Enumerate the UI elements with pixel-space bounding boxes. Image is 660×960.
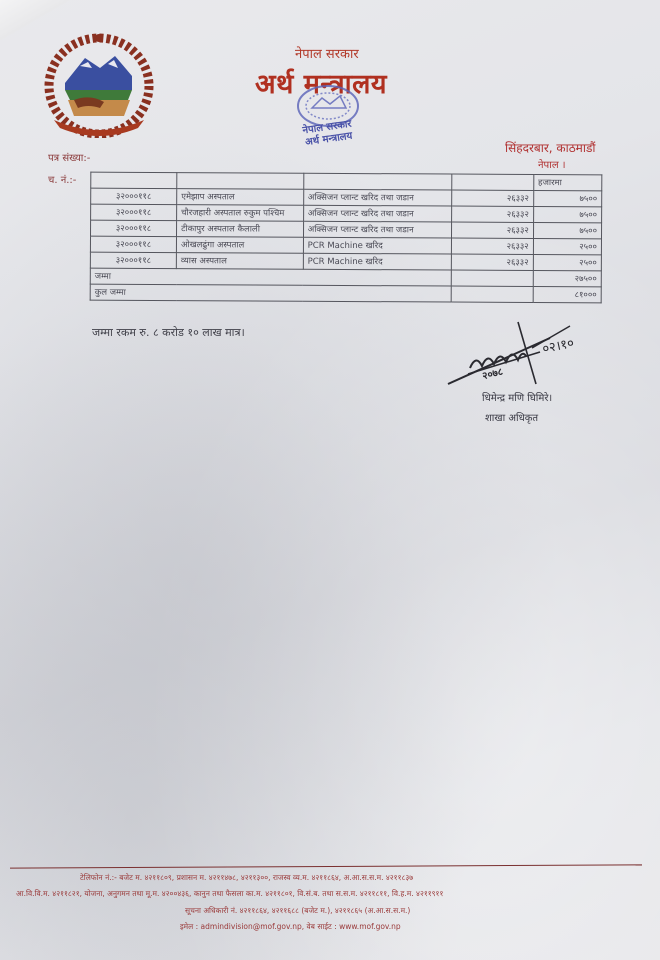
description-cell: PCR Machine खरिद [303, 253, 451, 270]
government-name: नेपाल सरकार [295, 44, 359, 62]
grand-total-amount: ८१००० [533, 286, 601, 302]
institution-cell: व्यास अस्पताल [176, 253, 303, 270]
nepal-emblem-icon [40, 28, 158, 138]
description-cell: अक्सिजन प्लान्ट खरिद तथा जडान [303, 189, 451, 206]
budget-code-cell: ३२०००११८ [91, 204, 177, 220]
budget-code-cell: ३२०००११८ [90, 252, 176, 268]
expense-code-cell: २६३३२ [451, 254, 533, 270]
amount-unit-header: हजारमा [534, 174, 602, 190]
dispatch-number-label: च. नं.:- [48, 172, 76, 186]
budget-code-cell: ३२०००११८ [90, 236, 176, 252]
description-cell: अक्सिजन प्लान्ट खरिद तथा जडान [303, 221, 451, 238]
empty-cell [451, 286, 533, 302]
signer-title: शाखा अधिकृत [485, 410, 538, 424]
footer-contact-line: इमेल : admindivision@mof.gov.np, वेब साई… [180, 922, 401, 932]
footer-phone-line-1: टेलिफोन नं.:- बजेट म. ४२११८०९, प्रशासन म… [80, 873, 413, 883]
expense-code-cell: २६३३२ [452, 206, 534, 222]
grand-total-label: कुल जम्मा [90, 284, 451, 302]
amount-cell: ७५०० [533, 190, 601, 206]
amount-cell: २५०० [533, 238, 601, 254]
budget-code-cell: ३२०००११८ [91, 188, 177, 204]
grand-total-row: कुल जम्मा८१००० [90, 284, 601, 303]
empty-cell [451, 270, 533, 286]
budget-allocation-table: हजारमा ३२०००११८एमेझाप अस्पतालअक्सिजन प्ल… [90, 172, 603, 304]
signature-icon [440, 318, 590, 393]
address-line-2: नेपाल । [538, 157, 566, 171]
expense-code-cell: २६३३२ [452, 190, 534, 206]
institution-cell: चौरजहारी अस्पताल रुकुम पश्चिम [177, 205, 304, 222]
institution-cell: टीकापुर अस्पताल कैलाली [177, 221, 304, 238]
footer-divider [10, 864, 642, 868]
institution-cell: ओखलढुंगा अस्पताल [176, 237, 303, 254]
amount-cell: ७५०० [533, 222, 601, 238]
subtotal-label: जम्मा [90, 268, 451, 286]
amount-cell: ७५०० [533, 206, 601, 222]
address-line-1: सिंहदरबार, काठमाडौं [505, 139, 595, 156]
subtotal-amount: २७५०० [533, 270, 601, 286]
expense-code-cell: २६३३२ [451, 222, 533, 238]
description-cell: अक्सिजन प्लान्ट खरिद तथा जडान [303, 205, 451, 222]
description-cell: PCR Machine खरिद [303, 237, 451, 254]
expense-code-cell: २६३३२ [451, 238, 533, 254]
letter-number-label: पत्र संख्या:- [48, 150, 90, 164]
total-amount-summary: जम्मा रकम रु. ८ करोड १० लाख मात्र। [92, 325, 245, 340]
signer-name: धिमेन्द्र मणि घिमिरे। [482, 390, 552, 404]
institution-cell: एमेझाप अस्पताल [177, 189, 304, 206]
amount-cell: २५०० [533, 254, 601, 270]
footer-info-officer-line: सूचना अधिकारी नं. ४२११८६४, ४२११६८८ (बजेट… [185, 906, 410, 916]
budget-code-cell: ३२०००११८ [91, 220, 177, 236]
footer-phone-line-2: आ.वि.वि.म. ४२११८२१, योजना, अनुगमन तथा मू… [16, 889, 443, 899]
